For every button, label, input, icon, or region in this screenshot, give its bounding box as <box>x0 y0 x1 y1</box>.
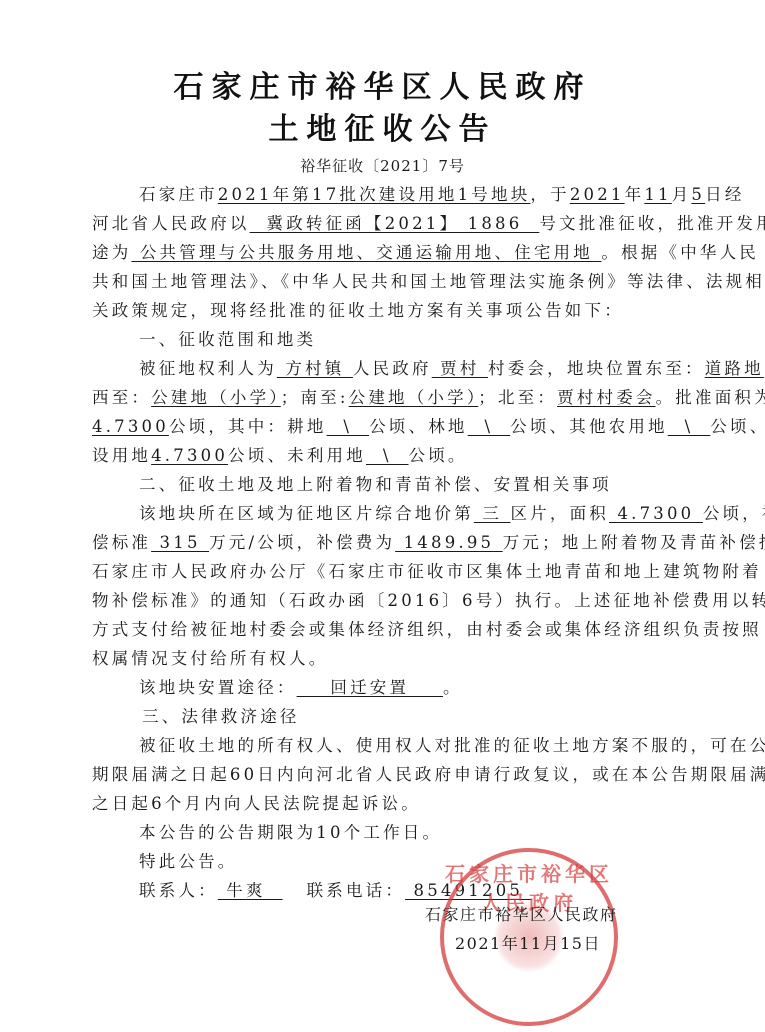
contact-person: 牛爽 <box>218 881 283 900</box>
compensation-amount: 1489.95 <box>395 533 503 552</box>
signing-date: 2021年11月15日 <box>425 929 618 958</box>
forest-land-area: \ <box>468 417 511 436</box>
paragraph-5-line-2: 期限届满之日起60日内向河北省人民政府申请行政复议，或在本公告期限届满 <box>92 760 664 789</box>
approval-document-number: 冀政转征函【2021】 1886 <box>250 214 540 233</box>
paragraph-5-line-3: 之日起6个月内向人民法院提起诉讼。 <box>92 789 664 818</box>
south-boundary: 公建地（小学） <box>349 388 479 407</box>
village-name: 贾村 <box>432 359 488 378</box>
text: 村委会，地块位置东至： <box>488 359 705 378</box>
text: 区片，面积 <box>511 504 610 523</box>
compensation-standard: 315 <box>151 533 209 552</box>
paragraph-1-line-5: 关政策规定，现将经批准的征收土地方案有关事项公告如下： <box>92 296 664 325</box>
text: ，于 <box>530 185 569 204</box>
paragraph-5-line-1: 被征收土地的所有权人、使用权人对批准的征收土地方案不服的，可在公告 <box>92 731 664 760</box>
approved-area: 4.7300 <box>92 417 169 436</box>
document-title-line2: 土地征收公告 <box>0 104 765 148</box>
approval-day: 5 <box>691 185 705 204</box>
text: 石家庄市 <box>139 185 218 204</box>
arable-land-area: \ <box>327 417 370 436</box>
approval-month: 11 <box>644 185 671 204</box>
paragraph-3-line-2: 偿标准 315 万元/公顷，补偿费为 1489.95 万元；地上附着物及青苗补偿… <box>92 528 664 557</box>
contact-phone-label: 联系电话： <box>307 881 406 900</box>
text: 公顷、未利用地 <box>228 446 366 465</box>
paragraph-3-line-4: 物补偿标准》的通知（石政办函〔2016〕6号）执行。上述征地补偿费用以转账 <box>92 586 664 615</box>
document-number: 裕华征收〔2021〕7号 <box>0 155 765 176</box>
paragraph-1-line-2: 河北省人民政府以 冀政转征函【2021】 1886 号文批准征收，批准开发用 <box>92 209 664 238</box>
text: 偿标准 <box>92 533 151 552</box>
other-agri-land-area: \ <box>668 417 711 436</box>
unused-land-area: \ <box>366 446 409 465</box>
text: 西至： <box>92 388 151 407</box>
paragraph-3-line-5: 方式支付给被征地村委会或集体经济组织，由村委会或集体经济组织负责按照 <box>92 615 664 644</box>
section-3-heading: 三、法律救济途径 <box>92 702 664 731</box>
text: 号文批准征收，批准开发用 <box>539 214 765 233</box>
text: 万元/公顷，补偿费为 <box>209 533 395 552</box>
paragraph-2-line-1: 被征地权利人为 方村镇 人民政府 贾村 村委会，地块位置东至：道路地； <box>92 354 664 383</box>
text: ；北至： <box>478 388 557 407</box>
document-title-line1: 石家庄市裕华区人民政府 <box>0 62 765 106</box>
text: 日经 <box>705 185 744 204</box>
text: ；南至: <box>281 388 349 407</box>
land-use-purpose: 公共管理与公共服务用地、交通运输用地、住宅用地 <box>131 243 601 262</box>
signature-block: 石家庄市裕华区人民政府 2021年11月15日 <box>425 900 618 958</box>
town-name: 方村镇 <box>277 359 353 378</box>
text: 该地块所在区域为征地区片综合地价第 <box>139 504 474 523</box>
paragraph-1-line-3: 途为 公共管理与公共服务用地、交通运输用地、住宅用地 。根据《中华人民 <box>92 238 664 267</box>
section-1-heading: 一、征收范围和地类 <box>92 325 664 354</box>
paragraph-3-line-1: 该地块所在区域为征地区片综合地价第 三 区片，面积 4.7300 公顷，补 <box>92 499 664 528</box>
text: 。批准面积为 <box>656 388 765 407</box>
text: 。根据《中华人民 <box>601 243 759 262</box>
east-boundary: 道路地 <box>705 359 764 378</box>
text: 河北省人民政府以 <box>92 214 250 233</box>
text: 公顷、其他农用地 <box>510 417 668 436</box>
signing-organization: 石家庄市裕华区人民政府 <box>425 900 618 929</box>
text: 设用地 <box>92 446 151 465</box>
text: 被征地权利人为 <box>139 359 277 378</box>
notice-period: 本公告的公告期限为10个工作日。 <box>92 818 664 847</box>
text: 年 <box>625 185 645 204</box>
price-zone: 三 <box>474 504 511 523</box>
text: 月 <box>672 185 692 204</box>
text: 。 <box>443 678 463 697</box>
text: 公顷，其中：耕地 <box>169 417 327 436</box>
zone-area: 4.7300 <box>609 504 703 523</box>
paragraph-1-line-4: 共和国土地管理法》、《中华人民共和国土地管理法实施条例》等法律、法规相 <box>92 267 664 296</box>
resettlement-line: 该地块安置途径： 回迁安置 。 <box>92 673 664 702</box>
paragraph-2-line-4: 设用地4.7300公顷、未利用地 \ 公顷。 <box>92 441 664 470</box>
text: 公顷、林地 <box>369 417 468 436</box>
plot-name-field: 2021年第17批次建设用地1号地块 <box>218 185 531 204</box>
text: 途为 <box>92 243 131 262</box>
approval-year: 2021 <box>570 185 625 204</box>
text: 公顷。 <box>409 446 468 465</box>
resettlement-method: 回迁安置 <box>297 678 443 697</box>
paragraph-3-line-6: 权属情况支付给所有权人。 <box>92 644 664 673</box>
north-boundary: 贾村村委会 <box>557 388 656 407</box>
west-boundary: 公建地（小学） <box>151 388 281 407</box>
document-body: 石家庄市2021年第17批次建设用地1号地块，于2021年11月5日经 河北省人… <box>92 180 664 905</box>
construction-land-area: 4.7300 <box>151 446 228 465</box>
resettlement-label: 该地块安置途径： <box>139 678 297 697</box>
paragraph-2-line-3: 4.7300公顷，其中：耕地 \ 公顷、林地 \ 公顷、其他农用地 \ 公顷、建 <box>92 412 664 441</box>
section-2-heading: 二、征收土地及地上附着物和青苗补偿、安置相关事项 <box>92 470 664 499</box>
contact-person-label: 联系人： <box>139 881 218 900</box>
paragraph-3-line-3: 石家庄市人民政府办公厅《石家庄市征收市区集体土地青苗和地上建筑物附着 <box>92 557 664 586</box>
text: 公顷、建 <box>710 417 765 436</box>
paragraph-2-line-2: 西至：公建地（小学）；南至:公建地（小学）；北至：贾村村委会。批准面积为 <box>92 383 664 412</box>
text: 公顷，补 <box>703 504 765 523</box>
text: 人民政府 <box>353 359 432 378</box>
text: 万元；地上附着物及青苗补偿按照 <box>503 533 765 552</box>
paragraph-1-line-1: 石家庄市2021年第17批次建设用地1号地块，于2021年11月5日经 <box>92 180 664 209</box>
